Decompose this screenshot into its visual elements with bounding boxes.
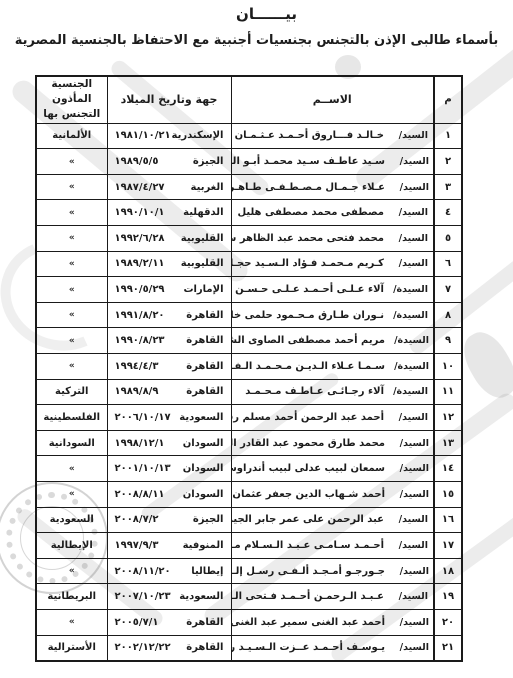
nationality-header-line1: الجنسية المأذون — [37, 77, 107, 107]
birth-date: ١٩٩٨/١٢/١ — [115, 438, 165, 449]
birth-place: الغربية — [191, 182, 224, 193]
birth-date: ١٩٨٧/٤/٢٧ — [115, 182, 165, 193]
table-row: ٣ السيد/ عـلاء جـمـال مـصـطـفـى طـاهـر ا… — [36, 174, 462, 200]
birth-place: السودان — [183, 489, 224, 500]
table-row: ١١ السيدة/ آلاء رجـائـى عـاطـف مـحـمـد ا… — [36, 379, 462, 405]
document-page: بيــــــان بأسماء طالبى الإذن بالتجنس بج… — [0, 0, 513, 678]
birth-place: القاهرة — [186, 361, 223, 372]
birth-cell: إيطاليا ٢٠٠٨/١١/٢٠ — [107, 558, 231, 584]
nationality-cell: » — [36, 302, 107, 328]
birth-cell: القاهرة ١٩٨٩/٨/٩ — [107, 379, 231, 405]
birth-place: القاهرة — [186, 386, 223, 397]
birth-place: المنوفية — [183, 540, 224, 551]
applicant-name: محمد طارق محمود عبد القادر السيد عطية — [231, 438, 385, 449]
applicant-name: آلاء رجـائـى عـاطـف مـحـمـد — [245, 386, 384, 397]
birth-date: ١٩٩٧/٩/٣ — [115, 540, 159, 551]
nationality-cell: السعودية — [36, 507, 107, 533]
applicant-name: سـمـا عـلاء الـديـن مـحـمـد الـفـقـى — [231, 361, 385, 372]
row-number: ٥ — [434, 226, 462, 252]
applicant-name: عـبـد الـرحمـن أحـمـد فـتحى الـنـواوى — [231, 591, 384, 602]
applicant-name-cell: السيدة/ سـمـا عـلاء الـديـن مـحـمـد الـف… — [231, 354, 434, 380]
birth-cell: الغربية ١٩٨٧/٤/٢٧ — [107, 174, 231, 200]
row-number: ٧ — [434, 277, 462, 303]
applicant-name-cell: السيد/ محمد فتحى محمد عبد الظاهر سلامة — [231, 226, 434, 252]
col-header-name: الاســم — [231, 76, 434, 123]
birth-place: الجيزة — [193, 156, 224, 167]
nationality-cell: » — [36, 456, 107, 482]
nationality-cell: » — [36, 174, 107, 200]
birth-date: ١٩٩١/٨/٢٠ — [115, 310, 165, 321]
row-number: ١ — [434, 123, 462, 149]
table-row: ٤ السيد/ مصطفى محمد مصطفى هليل الدقهلية … — [36, 200, 462, 226]
applicant-name-cell: السيدة/ آلاء رجـائـى عـاطـف مـحـمـد — [231, 379, 434, 405]
row-number: ١٨ — [434, 558, 462, 584]
applicant-name: عـلاء جـمـال مـصـطـفـى طـاهـر — [231, 182, 385, 193]
applicant-name-cell: السيدة/ آلاء عـلـى أحـمـد عـلـى حـسـن — [231, 277, 434, 303]
birth-place: الدقهلية — [183, 207, 223, 218]
applicant-name-cell: السيد/ أحمد شـهاب الدين جعفر عثمان عيسـى — [231, 481, 434, 507]
nationality-cell: » — [36, 251, 107, 277]
birth-cell: القاهرة ٢٠٠٢/١٢/٢٢ — [107, 635, 231, 661]
applicant-name-cell: السيدة/ مريم أحمد مصطفى الصاوى الشيخ — [231, 328, 434, 354]
birth-date: ٢٠٠٨/٨/١١ — [115, 489, 165, 500]
applicant-name: سـيد عاطـف سـيد محمـد أبـو العـلا — [231, 156, 385, 167]
honorific: السيدة/ — [393, 335, 429, 346]
honorific: السيد/ — [393, 438, 429, 449]
nationality-cell: » — [36, 277, 107, 303]
birth-date: ١٩٨٩/٥/٥ — [115, 156, 159, 167]
birth-date: ٢٠٠٨/٧/٢ — [115, 514, 159, 525]
applicant-name: آلاء عـلـى أحـمـد عـلـى حـسـن — [235, 284, 384, 295]
row-number: ١٥ — [434, 481, 462, 507]
birth-cell: الدقهلية ١٩٩٠/١٠/١ — [107, 200, 231, 226]
birth-cell: القاهرة ١٩٩٤/٤/٣ — [107, 354, 231, 380]
table-row: ١٤ السيد/ سمعان لبيب عدلى لبيب أندراوس ب… — [36, 456, 462, 482]
applicant-name: أحـمـد سـامـى عـبـد الـسـلام مـلـدة — [231, 540, 384, 551]
birth-date: ١٩٨٩/٨/٩ — [115, 386, 159, 397]
birth-date: ٢٠٠٦/١٠/١٧ — [115, 412, 171, 423]
nationality-cell: الإيطالية — [36, 533, 107, 559]
birth-date: ٢٠٠٧/١٠/٢٣ — [115, 591, 171, 602]
nationality-cell: » — [36, 226, 107, 252]
row-number: ١٩ — [434, 584, 462, 610]
applicant-name: كـريم مـحمـد فـؤاد الـسـيد حجـاج — [231, 258, 384, 269]
row-number: ٤ — [434, 200, 462, 226]
birth-place: إيطاليا — [191, 566, 223, 577]
honorific: السيد/ — [393, 463, 429, 474]
table-row: ٥ السيد/ محمد فتحى محمد عبد الظاهر سلامة… — [36, 226, 462, 252]
honorific: السيدة/ — [392, 310, 428, 321]
birth-date: ١٩٩٠/١٠/١ — [115, 207, 165, 218]
birth-date: ١٩٨١/١٠/٢١ — [115, 130, 171, 141]
birth-date: ٢٠٠٨/١١/٢٠ — [115, 566, 171, 577]
birth-place: السعودية — [179, 412, 223, 423]
honorific: السيد/ — [392, 540, 428, 551]
applicant-name: مريم أحمد مصطفى الصاوى الشيخ — [231, 335, 385, 346]
birth-cell: السودان ٢٠٠٨/٨/١١ — [107, 481, 231, 507]
birth-place: السودان — [183, 438, 224, 449]
table-row: ١٢ السيد/ أحمد عبد الرحمن أحمد مسلم رفيع… — [36, 405, 462, 431]
honorific: السيد/ — [392, 258, 428, 269]
honorific: السيدة/ — [392, 284, 428, 295]
table-row: ١٥ السيد/ أحمد شـهاب الدين جعفر عثمان عي… — [36, 481, 462, 507]
table-row: ٧ السيدة/ آلاء عـلـى أحـمـد عـلـى حـسـن … — [36, 277, 462, 303]
applicant-name: محمد فتحى محمد عبد الظاهر سلامة — [231, 233, 384, 244]
nationality-cell: » — [36, 354, 107, 380]
row-number: ٦ — [434, 251, 462, 277]
applicant-name-cell: السيد/ خـالـد فـــاروق أحـمـد عـثـمـان — [231, 123, 434, 149]
birth-place: الجيزة — [193, 514, 224, 525]
table-row: ٨ السيدة/ نـوران طـارق مـحـمود حلمى خليل… — [36, 302, 462, 328]
honorific: السيد/ — [393, 156, 429, 167]
row-number: ١٢ — [434, 405, 462, 431]
applicant-name: عبد الرحمن على عمر جابر الجيزانى — [231, 514, 384, 525]
birth-place: السودان — [183, 463, 224, 474]
row-number: ١٣ — [434, 430, 462, 456]
applicant-name: نـوران طـارق مـحـمود حلمى خليل — [231, 310, 384, 321]
applicant-name: خـالـد فـــاروق أحـمـد عـثـمـان — [235, 130, 384, 141]
table-row: ١٠ السيدة/ سـمـا عـلاء الـديـن مـحـمـد ا… — [36, 354, 462, 380]
birth-cell: السودان ١٩٩٨/١٢/١ — [107, 430, 231, 456]
table-row: ٢٠ السيد/ أحمد عبد الغنى سمير عبد الغنى … — [36, 609, 462, 635]
row-number: ٢ — [434, 149, 462, 175]
birth-place: القليوبية — [181, 233, 224, 244]
birth-date: ٢٠٠٥/٧/١ — [115, 617, 159, 628]
applicant-name: أحمد عبد الرحمن أحمد مسلم رفيع — [231, 412, 384, 423]
birth-cell: القاهرة ١٩٩٠/٨/٢٣ — [107, 328, 231, 354]
header-row: م الاســم جهة وتاريخ الميلاد الجنسية الم… — [36, 76, 462, 123]
table-row: ١٨ السيد/ جـورجـو أمـجـد ألـفـى رسـل إلـ… — [36, 558, 462, 584]
honorific: السيد/ — [393, 182, 429, 193]
applicant-name-cell: السيد/ سـيد عاطـف سـيد محمـد أبـو العـلا — [231, 149, 434, 175]
col-header-nationality: الجنسية المأذون التجنس بها — [36, 76, 107, 123]
applicant-name-cell: السيد/ عـلاء جـمـال مـصـطـفـى طـاهـر — [231, 174, 434, 200]
nationality-cell: الفلسطينية — [36, 405, 107, 431]
applicant-name: جـورجـو أمـجـد ألـفـى رسـل إلـيـاس — [231, 566, 385, 577]
nationality-cell: » — [36, 328, 107, 354]
birth-cell: القاهرة ٢٠٠٥/٧/١ — [107, 609, 231, 635]
birth-cell: الإمارات ١٩٩٠/٥/٢٩ — [107, 277, 231, 303]
birth-cell: الجيزة ١٩٨٩/٥/٥ — [107, 149, 231, 175]
table-row: ١٦ السيد/ عبد الرحمن على عمر جابر الجيزا… — [36, 507, 462, 533]
birth-date: ٢٠٠٢/١٢/٢٢ — [115, 642, 171, 653]
row-number: ٣ — [434, 174, 462, 200]
applicant-name-cell: السيدة/ نـوران طـارق مـحـمود حلمى خليل — [231, 302, 434, 328]
birth-place: السعودية — [179, 591, 223, 602]
row-number: ١٦ — [434, 507, 462, 533]
honorific: السيد/ — [392, 591, 428, 602]
honorific: السيد/ — [393, 489, 429, 500]
applicant-name-cell: السيد/ كـريم مـحمـد فـؤاد الـسـيد حجـاج — [231, 251, 434, 277]
applicant-name: أحمد عبد الغنى سمير عبد الغنى بركات — [231, 617, 385, 628]
row-number: ١٧ — [434, 533, 462, 559]
col-header-birth: جهة وتاريخ الميلاد — [107, 76, 231, 123]
birth-place: القاهرة — [186, 617, 223, 628]
applicant-name: يـوسـف أحـمـد عــزت الـسـيـد رجـب — [231, 642, 385, 653]
honorific: السيد/ — [392, 233, 428, 244]
table-row: ٢١ السيد/ يـوسـف أحـمـد عــزت الـسـيـد ر… — [36, 635, 462, 661]
honorific: السيد/ — [393, 566, 429, 577]
birth-cell: الجيزة ٢٠٠٨/٧/٢ — [107, 507, 231, 533]
applicant-name-cell: السيد/ سمعان لبيب عدلى لبيب أندراوس بطرس… — [231, 456, 434, 482]
applicant-name-cell: السيد/ يـوسـف أحـمـد عــزت الـسـيـد رجـب — [231, 635, 434, 661]
birth-place: القاهرة — [186, 642, 223, 653]
nationality-cell: » — [36, 481, 107, 507]
nationality-cell: التركية — [36, 379, 107, 405]
honorific: السيد/ — [393, 617, 429, 628]
birth-cell: السعودية ٢٠٠٧/١٠/٢٣ — [107, 584, 231, 610]
table-row: ٢ السيد/ سـيد عاطـف سـيد محمـد أبـو العـ… — [36, 149, 462, 175]
nationality-cell: البريطانية — [36, 584, 107, 610]
honorific: السيد/ — [392, 514, 428, 525]
birth-place: القليوبية — [181, 258, 224, 269]
honorific: السيد/ — [392, 130, 428, 141]
col-header-number: م — [434, 76, 462, 123]
birth-date: ١٩٩٠/٨/٢٣ — [115, 335, 165, 346]
birth-cell: السعودية ٢٠٠٦/١٠/١٧ — [107, 405, 231, 431]
nationality-cell: » — [36, 558, 107, 584]
row-number: ١٠ — [434, 354, 462, 380]
page-subtitle: بأسماء طالبى الإذن بالتجنس بجنسيات أجنبي… — [0, 33, 513, 48]
birth-place: القاهرة — [186, 310, 223, 321]
page-title: بيــــــان — [20, 5, 513, 23]
birth-date: ١٩٩٠/٥/٢٩ — [115, 284, 165, 295]
nationality-cell: السودانية — [36, 430, 107, 456]
birth-date: ١٩٩٤/٤/٣ — [115, 361, 159, 372]
row-number: ٢١ — [434, 635, 462, 661]
honorific: السيد/ — [393, 642, 429, 653]
birth-date: ١٩٩٢/٦/٢٨ — [115, 233, 165, 244]
honorific: السيد/ — [392, 412, 428, 423]
birth-cell: القليوبية ١٩٨٩/٢/١١ — [107, 251, 231, 277]
table-row: ١ السيد/ خـالـد فـــاروق أحـمـد عـثـمـان… — [36, 123, 462, 149]
applicant-name: أحمد شـهاب الدين جعفر عثمان عيسـى — [231, 489, 385, 500]
table-row: ١٧ السيد/ أحـمـد سـامـى عـبـد الـسـلام م… — [36, 533, 462, 559]
birth-date: ٢٠٠١/١٠/١٣ — [115, 463, 171, 474]
applicant-name-cell: السيد/ أحمد عبد الغنى سمير عبد الغنى برك… — [231, 609, 434, 635]
applicant-name-cell: السيد/ عبد الرحمن على عمر جابر الجيزانى — [231, 507, 434, 533]
nationality-header-line2: التجنس بها — [37, 107, 107, 122]
birth-cell: القليوبية ١٩٩٢/٦/٢٨ — [107, 226, 231, 252]
birth-place: الإسكندرية — [172, 130, 224, 141]
applicant-name-cell: السيد/ مصطفى محمد مصطفى هليل — [231, 200, 434, 226]
nationality-cell: » — [36, 200, 107, 226]
table-row: ٩ السيدة/ مريم أحمد مصطفى الصاوى الشيخ ا… — [36, 328, 462, 354]
applicant-name: مصطفى محمد مصطفى هليل — [237, 207, 384, 218]
row-number: ٨ — [434, 302, 462, 328]
table-row: ١٩ السيد/ عـبـد الـرحمـن أحـمـد فـتحى ال… — [36, 584, 462, 610]
nationality-cell: » — [36, 609, 107, 635]
watermark-dot — [455, 325, 513, 406]
birth-cell: القاهرة ١٩٩١/٨/٢٠ — [107, 302, 231, 328]
table-row: ١٣ السيد/ محمد طارق محمود عبد القادر الس… — [36, 430, 462, 456]
applicant-name-cell: السيد/ أحـمـد سـامـى عـبـد الـسـلام مـلـ… — [231, 533, 434, 559]
applicant-name-cell: السيد/ عـبـد الـرحمـن أحـمـد فـتحى الـنـ… — [231, 584, 434, 610]
nationality-cell: الأسترالية — [36, 635, 107, 661]
honorific: السيدة/ — [393, 361, 429, 372]
applicant-name-cell: السيد/ أحمد عبد الرحمن أحمد مسلم رفيع — [231, 405, 434, 431]
applicant-name-cell: السيد/ جـورجـو أمـجـد ألـفـى رسـل إلـيـا… — [231, 558, 434, 584]
birth-cell: السودان ٢٠٠١/١٠/١٣ — [107, 456, 231, 482]
nationality-cell: » — [36, 149, 107, 175]
row-number: ١٤ — [434, 456, 462, 482]
birth-date: ١٩٨٩/٢/١١ — [115, 258, 165, 269]
applicant-name-cell: السيد/ محمد طارق محمود عبد القادر السيد … — [231, 430, 434, 456]
applicants-table: م الاســم جهة وتاريخ الميلاد الجنسية الم… — [35, 75, 463, 662]
birth-cell: الإسكندرية ١٩٨١/١٠/٢١ — [107, 123, 231, 149]
row-number: ٩ — [434, 328, 462, 354]
table-row: ٦ السيد/ كـريم مـحمـد فـؤاد الـسـيد حجـا… — [36, 251, 462, 277]
nationality-cell: الألمانية — [36, 123, 107, 149]
row-number: ١١ — [434, 379, 462, 405]
applicant-name: سمعان لبيب عدلى لبيب أندراوس بطرس سريان — [231, 463, 385, 474]
birth-cell: المنوفية ١٩٩٧/٩/٣ — [107, 533, 231, 559]
row-number: ٢٠ — [434, 609, 462, 635]
birth-place: الإمارات — [183, 284, 223, 295]
honorific: السيدة/ — [392, 386, 428, 397]
birth-place: القاهرة — [186, 335, 223, 346]
honorific: السيد/ — [392, 207, 428, 218]
